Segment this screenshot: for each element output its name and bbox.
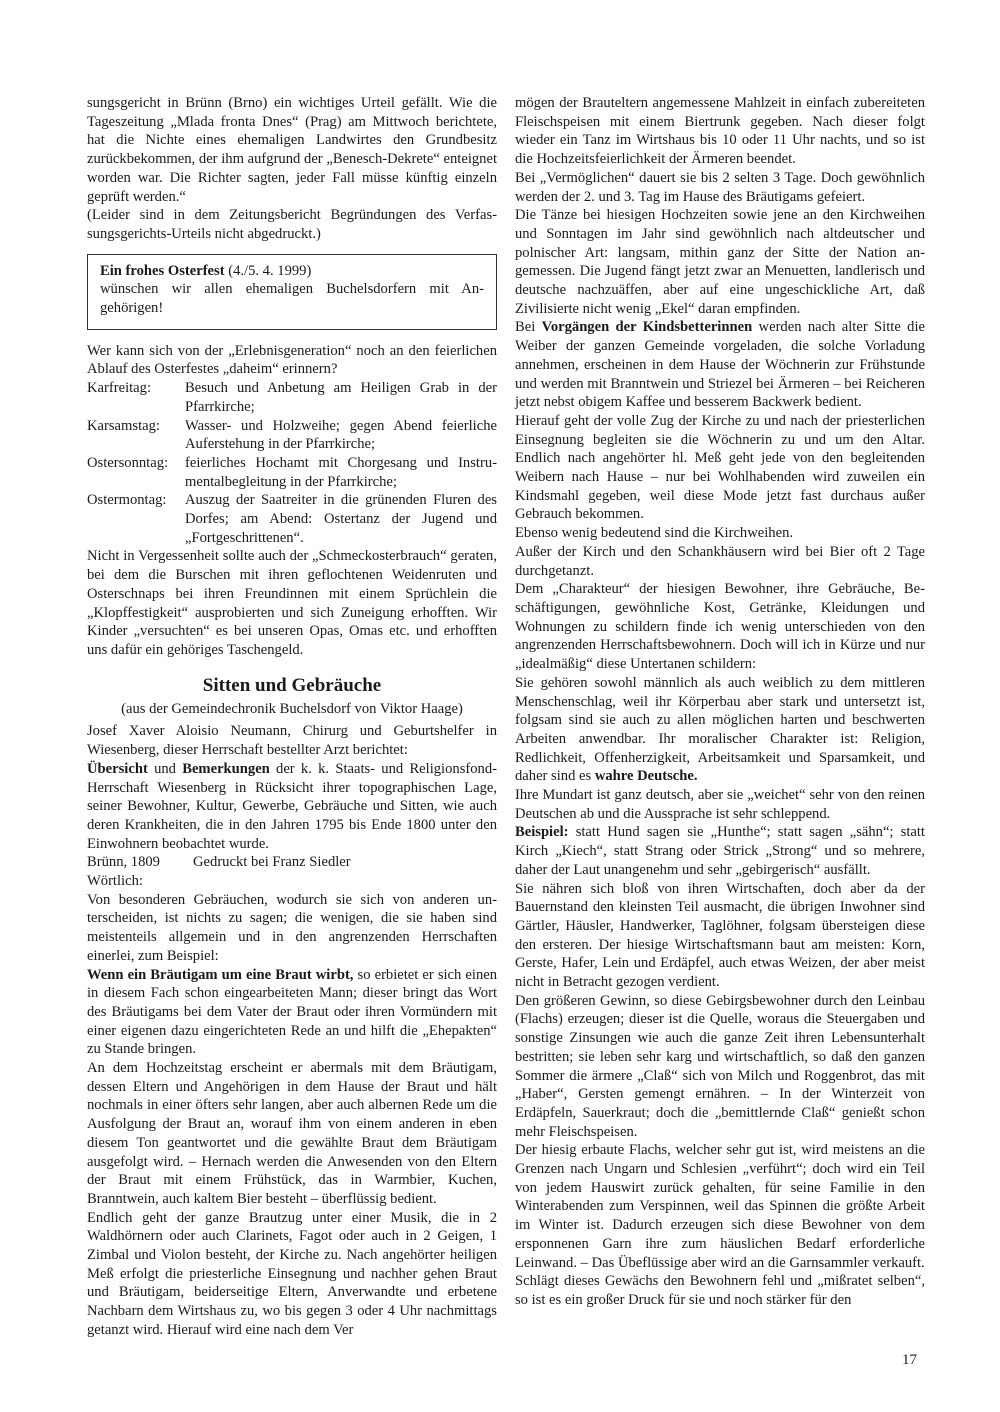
schmeckoster-paragraph: Nicht in Vergessenheit sollte auch der „…	[87, 547, 497, 659]
note-paragraph: (Leider sind in dem Zeitungsbericht Begr…	[87, 206, 497, 243]
greeting-date: (4./5. 4. 1999)	[225, 263, 312, 279]
childbed-bold: Vorgängen der Kindsbetterinnen	[542, 319, 753, 335]
schedule-text: Besuch und Anbetung am Heiligen Grab in …	[185, 379, 497, 416]
imprint-place: Brünn, 1809	[87, 853, 193, 872]
schedule-text: feierliches Hochamt mit Chorgesang und I…	[185, 454, 497, 491]
schedule-day: Karsamstag:	[87, 417, 185, 454]
church-paragraph: Hierauf geht der volle Zug der Kirche zu…	[515, 412, 925, 524]
greeting-text: wünschen wir allen ehemaligen Buchelsdor…	[100, 280, 484, 317]
imprint-line: Brünn, 1809 Gedruckt bei Franz Siedler	[87, 853, 497, 872]
physique-text: Sie gehören sowohl männlich als auch wei…	[515, 675, 925, 785]
left-column: sungsgericht in Brünn (Brno) ein wichtig…	[87, 94, 497, 1340]
overview-mid: und	[148, 761, 182, 777]
overview-bold-1: Übersicht	[87, 761, 148, 777]
right-column: mögen der Brauteltern angemessene Mahlze…	[515, 94, 925, 1310]
schedule-day: Karfreitag:	[87, 379, 185, 416]
page-number: 17	[902, 1352, 917, 1369]
failure-paragraph: Schlägt dieses Gewächs den Bewohnern feh…	[515, 1272, 925, 1309]
section-subtitle: (aus der Gemeindechronik Buchelsdorf von…	[87, 700, 497, 719]
schedule-day: Ostersonntag:	[87, 454, 185, 491]
example-bold: Beispiel:	[515, 824, 569, 840]
easter-schedule: Karfreitag: Besuch und Anbetung am Heili…	[87, 379, 497, 547]
imprint-printer: Gedruckt bei Franz Siedler	[193, 853, 351, 872]
intro-paragraph: sungsgericht in Brünn (Brno) ein wichtig…	[87, 94, 497, 206]
procession-paragraph: Endlich geht der ganze Brautzug unter ei…	[87, 1209, 497, 1340]
author-paragraph: Josef Xaver Aloisio Neumann, Chirurg und…	[87, 722, 497, 759]
dances-paragraph: Die Tänze bei hiesigen Hochzeiten sowie …	[515, 206, 925, 318]
courtship-paragraph: Wenn ein Bräutigam um eine Braut wirbt, …	[87, 966, 497, 1060]
kirchweih-paragraph: Ebenso wenig bedeutend sind die Kirchwei…	[515, 524, 925, 543]
childbed-paragraph: Bei Vorgängen der Kindsbetterinnen werde…	[515, 318, 925, 412]
overview-bold-2: Bemerkungen	[182, 761, 270, 777]
trade-paragraph: Der hiesig erbaute Flachs, welcher sehr …	[515, 1141, 925, 1272]
example-paragraph: Beispiel: statt Hund sagen sie „Hunthe“;…	[515, 823, 925, 879]
schedule-text: Wasser- und Holzweihe; gegen Abend feier…	[185, 417, 497, 454]
physique-paragraph: Sie gehören sowohl männlich als auch wei…	[515, 674, 925, 786]
childbed-prefix: Bei	[515, 319, 542, 335]
meal-paragraph: mögen der Brauteltern angemessene Mahlze…	[515, 94, 925, 169]
character-paragraph: Dem „Charakteur“ der hiesigen Bewohner, …	[515, 580, 925, 674]
customs-paragraph: Von besonderen Gebräuchen, wodurch sie s…	[87, 891, 497, 966]
overview-paragraph: Übersicht und Bemerkungen der k. k. Staa…	[87, 760, 497, 854]
farming-paragraph: Sie nähren sich bloß von ihren Wirtschaf…	[515, 880, 925, 992]
section-title: Sitten und Gebräuche	[87, 674, 497, 698]
easter-question: Wer kann sich von der „Erlebnisgeneratio…	[87, 342, 497, 379]
greeting-title-bold: Ein frohes Osterfest	[100, 263, 225, 279]
wedding-day-paragraph: An dem Hochzeitstag erscheint er abermal…	[87, 1059, 497, 1209]
tavern-paragraph: Außer der Kirch und den Schankhäusern wi…	[515, 543, 925, 580]
example-rest: statt Hund sagen sie „Hunthe“; statt sag…	[515, 824, 925, 877]
greeting-title: Ein frohes Osterfest (4./5. 4. 1999)	[100, 262, 484, 281]
dialect-paragraph: Ihre Mundart ist ganz deutsch, aber sie …	[515, 786, 925, 823]
flax-paragraph: Den größeren Gewinn, so diese Gebirgsbew…	[515, 992, 925, 1142]
wealthy-paragraph: Bei „Vermöglichen“ dauert sie bis 2 selt…	[515, 169, 925, 206]
schedule-day: Ostermontag:	[87, 491, 185, 547]
physique-bold: wahre Deutsche.	[595, 768, 698, 784]
courtship-bold: Wenn ein Bräutigam um eine Braut wirbt,	[87, 967, 353, 983]
verbatim-label: Wörtlich:	[87, 872, 497, 891]
schedule-text: Auszug der Saatreiter in die grünenden F…	[185, 491, 497, 547]
easter-greeting-box: Ein frohes Osterfest (4./5. 4. 1999) wün…	[87, 254, 497, 330]
